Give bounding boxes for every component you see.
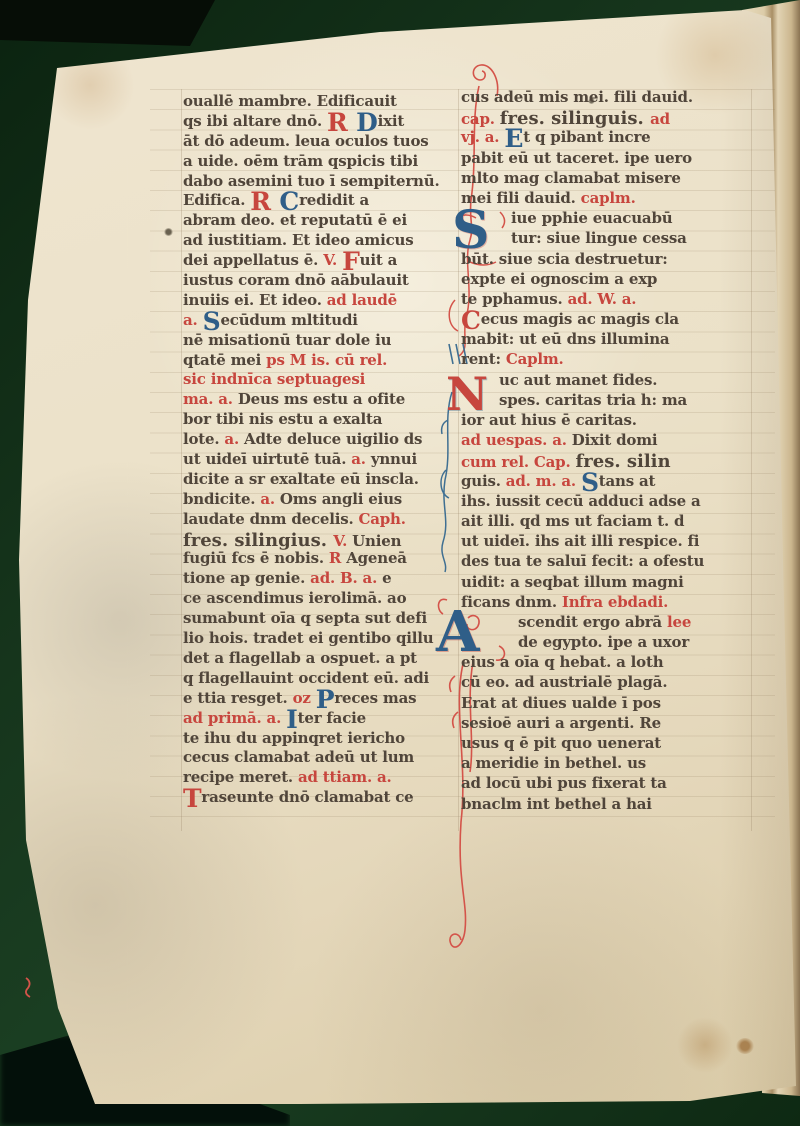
text-segment: a uide. oēm trām qspicis tibi — [183, 152, 418, 170]
text-line: ihs. iussit cecū adduci adse a — [461, 492, 704, 512]
text-line: ut uideī. ihs ait illi respice. fi — [461, 532, 704, 552]
text-segment: a meridie in bethel. us — [461, 754, 646, 772]
text-segment: cū eo. ad austrialē plagā. — [461, 673, 667, 691]
text-segment: ior aut hius ē caritas. — [461, 411, 637, 429]
text-segment: ixit — [378, 112, 404, 130]
text-line: inuiis ei. Et ideo. ad laudē — [183, 291, 439, 311]
text-segment: ut uideī. ihs ait illi respice. fi — [461, 532, 699, 550]
text-line: cecus clamabat adeū ut lum — [183, 748, 439, 768]
text-segment: Oms angli eius — [280, 490, 402, 508]
text-segment: rent: — [461, 350, 506, 368]
text-line: tione ap genie. ad. B. a. e — [183, 569, 439, 589]
text-line: uc aut manet fides. — [461, 371, 704, 391]
text-line: abram deo. et reputatū ē ei — [183, 211, 439, 231]
text-line: bor tibi nis estu a exalta — [183, 410, 439, 430]
text-segment: ad iustitiam. Et ideo amicus — [183, 231, 413, 249]
text-segment: a. — [183, 311, 203, 329]
manuscript-photo: { "palette": { "background_green": "#163… — [0, 0, 800, 1126]
text-line: ce ascendimus ierolimā. ao — [183, 589, 439, 609]
text-line: a meridie in bethel. us — [461, 754, 704, 774]
text-segment: des tua te saluī fecit: a ofestu — [461, 552, 704, 570]
text-line: q flagellauint occident eū. adi — [183, 669, 439, 689]
text-line: ior aut hius ē caritas. — [461, 411, 704, 431]
text-segment: qtatē mei — [183, 351, 266, 369]
text-segment: bor tibi nis estu a exalta — [183, 410, 382, 428]
text-line: ficans dnm. Infra ebdadi. — [461, 593, 704, 613]
text-segment: e ttia resget. — [183, 689, 293, 707]
text-segment: mlto mag clamabat misere — [461, 169, 681, 187]
text-line: bnaclm int bethel a hai — [461, 795, 704, 815]
text-segment: V. — [333, 532, 352, 550]
text-segment: qs ibi altare dnō. — [183, 112, 327, 130]
text-segment: mei fili dauid. — [461, 189, 581, 207]
text-segment: redidit a — [299, 191, 369, 209]
text-segment: eius a oīa q hebat. a loth — [461, 653, 663, 671]
text-line: tur: siue lingue cessa — [461, 229, 704, 249]
text-segment: Caplm. — [506, 350, 564, 368]
text-segment: dei appellatus ē. — [183, 251, 323, 269]
text-segment: t q pibant incre — [523, 128, 650, 146]
text-line: qtatē mei ps M is. cū rel. — [183, 351, 439, 371]
text-line: bndicite. a. Oms angli eius — [183, 490, 439, 510]
text-segment: ad primā. a. — [183, 709, 286, 727]
text-segment: mabit: ut eū dns illumina — [461, 330, 669, 348]
text-line: det a flagellab a ospuet. a pt — [183, 649, 439, 669]
text-line: guis. ad. m. a. Stans at — [461, 472, 704, 492]
text-segment: ut uideī uirtutē tuā. — [183, 450, 351, 468]
edge-mark-red — [26, 978, 30, 997]
text-segment: dicite a sr exaltate eū inscla. — [183, 470, 419, 488]
text-line: lote. a. Adte deluce uigilio ds — [183, 430, 439, 450]
text-segment: a. — [351, 450, 371, 468]
text-line: e ttia resget. oz Preces mas — [183, 689, 439, 709]
text-segment: tans at — [599, 472, 655, 490]
text-line: dabo asemini tuo ī sempiternū. — [183, 172, 439, 192]
inline-initial: T — [183, 784, 201, 813]
text-line: te pphamus. ad. W. a. — [461, 290, 704, 310]
text-line: pabit eū ut taceret. ipe uero — [461, 149, 704, 169]
text-segment: cap. — [461, 110, 500, 128]
column-rule-left — [181, 89, 182, 831]
column-rule-right — [751, 89, 752, 831]
text-segment: expte ei ognoscim a exp — [461, 270, 657, 288]
text-line: eius a oīa q hebat. a loth — [461, 653, 704, 673]
text-line: mlto mag clamabat misere — [461, 169, 704, 189]
text-line: usus q ē pit quo uenerat — [461, 734, 704, 754]
text-line: būt. siue scia destruetur: — [461, 250, 704, 270]
text-segment: ter facie — [298, 709, 366, 727]
text-line: laudate dnm decelis. Caph. — [183, 510, 439, 530]
text-segment: Unien — [352, 532, 401, 550]
text-line: qs ibi altare dnō. R Dixit — [183, 112, 439, 132]
text-segment: V. — [323, 251, 342, 269]
text-segment: ad. m. a. — [506, 472, 581, 490]
text-line: dei appellatus ē. V. Fuit a — [183, 251, 439, 271]
text-segment: iue pphie euacuabū — [511, 209, 672, 227]
text-segment: sic indnīca septuagesi — [183, 370, 365, 388]
text-line: Edifica. R Credidit a — [183, 191, 439, 211]
text-segment: det a flagellab a ospuet. a pt — [183, 649, 417, 667]
text-line: nē misationū tuar dole iu — [183, 331, 439, 351]
text-segment: q flagellauint occident eū. adi — [183, 669, 429, 687]
text-segment: ad. W. a. — [568, 290, 637, 308]
text-segment: a. — [260, 490, 280, 508]
text-segment: ad ttiam. a. — [298, 768, 392, 786]
text-segment: abram deo. et reputatū ē ei — [183, 211, 407, 229]
text-line: sumabunt oīa q septa sut defi — [183, 609, 439, 629]
text-segment: ihs. iussit cecū adduci adse a — [461, 492, 701, 510]
text-segment: dabo asemini tuo ī sempiternū. — [183, 172, 439, 190]
text-line: sesioē auri a argenti. Re — [461, 714, 704, 734]
text-line: recipe meret. ad ttiam. a. — [183, 768, 439, 788]
text-segment: spes. caritas tria h: ma — [499, 391, 687, 409]
text-line: iustus coram dnō aābulauit — [183, 271, 439, 291]
text-line: te ihu du appinqret iericho — [183, 729, 439, 749]
text-line: sic indnīca septuagesi — [183, 370, 439, 390]
text-segment: scendit ergo abrā — [518, 613, 667, 631]
text-segment: Ageneā — [346, 549, 407, 567]
text-segment: ynnui — [371, 450, 417, 468]
text-segment: iustus coram dnō aābulauit — [183, 271, 409, 289]
text-segment: Dixit domi — [572, 431, 658, 449]
text-segment: ficans dnm. — [461, 593, 562, 611]
text-line: ad locū ubi pus fixerat ta — [461, 774, 704, 794]
text-segment: bnaclm int bethel a hai — [461, 795, 652, 813]
text-segment: ce ascendimus ierolimā. ao — [183, 589, 406, 607]
text-line: mabit: ut eū dns illumina — [461, 330, 704, 350]
text-line: cus adeū mis mei. fili dauid. — [461, 88, 704, 108]
text-line: scendit ergo abrā lee — [461, 613, 704, 633]
text-line: ad iustitiam. Et ideo amicus — [183, 231, 439, 251]
text-line: spes. caritas tria h: ma — [461, 391, 704, 411]
text-segment: reces mas — [334, 689, 416, 707]
text-segment: uidit: a seqbat illum magni — [461, 573, 684, 591]
text-segment: fugiū fcs ē nobis. — [183, 549, 329, 567]
text-segment: ecūdum mltitudi — [220, 311, 357, 329]
text-line: Erat at diues ualde ī pos — [461, 694, 704, 714]
text-segment: laudate dnm decelis. — [183, 510, 359, 528]
text-segment: uit a — [360, 251, 397, 269]
text-line: lio hois. tradet ei gentibo qillu — [183, 629, 439, 649]
text-segment: lio hois. tradet ei gentibo qillu — [183, 629, 434, 647]
text-segment: a. — [224, 430, 244, 448]
text-line: ouallē mambre. Edificauit — [183, 92, 439, 112]
text-line: mei fili dauid. caplm. — [461, 189, 704, 209]
text-line: iue pphie euacuabū — [461, 209, 704, 229]
text-segment: te ihu du appinqret iericho — [183, 729, 405, 747]
text-segment: Erat at diues ualde ī pos — [461, 694, 661, 712]
parchment-speck — [164, 228, 173, 236]
text-line: a uide. oēm trām qspicis tibi — [183, 152, 439, 172]
text-segment: sesioē auri a argenti. Re — [461, 714, 661, 732]
text-line: rent: Caplm. — [461, 350, 704, 370]
text-segment: cum rel. Cap. — [461, 453, 576, 471]
text-segment: sumabunt oīa q septa sut defi — [183, 609, 427, 627]
text-line: ma. a. Deus ms estu a ofite — [183, 390, 439, 410]
text-segment: bndicite. — [183, 490, 260, 508]
text-segment: būt. siue scia destruetur: — [461, 250, 668, 268]
right-text-column: cus adeū mis mei. fili dauid.cap. fres. … — [461, 88, 704, 815]
text-line: de egypto. ipe a uxor — [461, 633, 704, 653]
text-segment: ma. a. — [183, 390, 238, 408]
text-segment: uc aut manet fides. — [499, 371, 657, 389]
text-line: fres. silingius. V. Unien — [183, 530, 439, 550]
text-segment: R — [329, 549, 346, 567]
text-segment: nē misationū tuar dole iu — [183, 331, 391, 349]
text-segment: ps M is. cū rel. — [266, 351, 387, 369]
text-line: ad uespas. a. Dixit domi — [461, 431, 704, 451]
text-segment: Deus ms estu a ofite — [238, 390, 405, 408]
text-line: ut uideī uirtutē tuā. a. ynnui — [183, 450, 439, 470]
text-segment: lee — [667, 613, 691, 631]
left-text-column: ouallē mambre. Edificauitqs ibi altare d… — [183, 92, 439, 808]
text-line: cū eo. ad austrialē plagā. — [461, 673, 704, 693]
text-segment: vj. a. — [461, 128, 504, 146]
text-segment: ad — [650, 110, 670, 128]
text-segment: pabit eū ut taceret. ipe uero — [461, 149, 692, 167]
text-line: Cecus magis ac magis cla — [461, 310, 704, 330]
text-segment: tione ap genie. — [183, 569, 310, 587]
text-segment: ad locū ubi pus fixerat ta — [461, 774, 667, 792]
text-segment: tur: siue lingue cessa — [511, 229, 687, 247]
text-segment: cecus clamabat adeū ut lum — [183, 748, 414, 766]
text-segment: raseunte dnō clamabat ce — [201, 788, 413, 806]
text-segment: ad laudē — [327, 291, 397, 309]
binding-shadow-band — [0, 0, 215, 46]
text-segment: caplm. — [581, 189, 636, 207]
text-segment: ecus magis ac magis cla — [481, 310, 679, 328]
text-segment: fres. silingius. — [183, 530, 333, 551]
text-segment: guis. — [461, 472, 506, 490]
text-line: ait illi. qd ms ut faciam t. d — [461, 512, 704, 532]
text-segment: Infra ebdadi. — [562, 593, 668, 611]
text-segment: usus q ē pit quo uenerat — [461, 734, 661, 752]
text-line: des tua te saluī fecit: a ofestu — [461, 552, 704, 572]
text-line: ad primā. a. Iter facie — [183, 709, 439, 729]
text-segment: Edifica. — [183, 191, 250, 209]
text-segment: ad uespas. a. — [461, 431, 572, 449]
text-line: expte ei ognoscim a exp — [461, 270, 704, 290]
column-rule-middle — [458, 89, 459, 831]
text-segment: Caph. — [359, 510, 406, 528]
text-line: āt dō adeum. leua oculos tuos — [183, 132, 439, 152]
text-segment: āt dō adeum. leua oculos tuos — [183, 132, 429, 150]
text-segment: Adte deluce uigilio ds — [244, 430, 422, 448]
text-line: uidit: a seqbat illum magni — [461, 573, 704, 593]
text-line: vj. a. Et q pibant incre — [461, 128, 704, 148]
text-segment: ait illi. qd ms ut faciam t. d — [461, 512, 684, 530]
text-line: dicite a sr exaltate eū inscla. — [183, 470, 439, 490]
text-line: cap. fres. silinguis. ad — [461, 108, 704, 128]
text-line: a. Secūdum mltitudi — [183, 311, 439, 331]
text-line: Traseunte dnō clamabat ce — [183, 788, 439, 808]
text-segment: cus adeū mis mei. fili dauid. — [461, 88, 693, 106]
parchment-stain — [736, 1038, 754, 1054]
text-segment: ad. B. a. — [310, 569, 382, 587]
text-segment: e — [382, 569, 391, 587]
text-segment: lote. — [183, 430, 224, 448]
text-segment: de egypto. ipe a uxor — [518, 633, 689, 651]
text-line: fugiū fcs ē nobis. R Ageneā — [183, 549, 439, 569]
